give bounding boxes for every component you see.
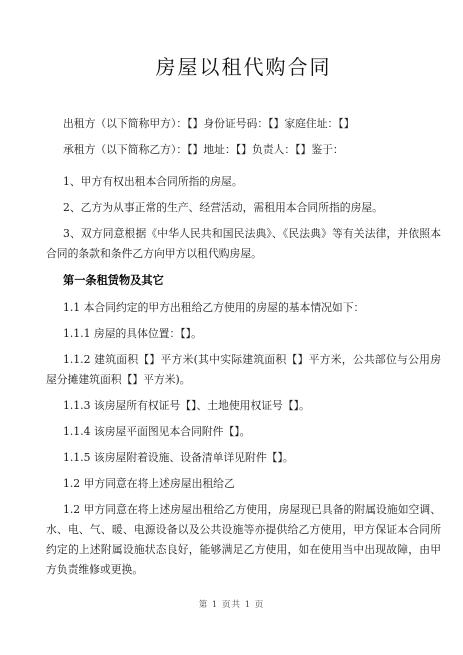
- clause-item-1-1: 1.1 本合同约定的甲方出租给乙方使用的房屋的基本情况如下：: [46, 298, 441, 318]
- clause-item-1-1-3: 1.1.3 该房屋所有权证号【】、土地使用权证号【】。: [46, 396, 441, 416]
- clause-item-1-2-stub: 1.2 甲方同意在将上述房屋出租给乙: [46, 474, 441, 494]
- recital-item-2: 2、乙方为从事正常的生产、经营活动，需租用本合同所指的房屋。: [46, 198, 441, 218]
- recital-item-3: 3、双方同意根据《中华人民共和国民法典》、《民法典》等有关法律，并依照本合同的条…: [46, 224, 441, 264]
- clause-item-1-1-4: 1.1.4 该房屋平面图见本合同附件【】。: [46, 422, 441, 442]
- party-line-lessee: 承租方（以下简称乙方）：【】地址：【】负责人：【】鉴于：: [46, 140, 441, 160]
- page-number-footer: 第 1 页共 1 页: [0, 599, 463, 611]
- contract-document-page: 房屋以租代购合同 出租方（以下简称甲方）：【】身份证号码：【】家庭住址：【】 承…: [0, 0, 463, 655]
- clause-item-1-1-5: 1.1.5 该房屋附着设施、设备清单详见附件【】。: [46, 448, 441, 468]
- document-title: 房屋以租代购合同: [46, 54, 441, 80]
- recital-item-1: 1、甲方有权出租本合同所指的房屋。: [46, 172, 441, 192]
- clause-item-1-1-2: 1.1.2 建筑面积【】平方米(其中实际建筑面积【】平方米，公共部位与公用房屋分…: [46, 350, 441, 390]
- clause-item-1-1-1: 1.1.1 房屋的具体位置：【】。: [46, 324, 441, 344]
- party-line-lessor: 出租方（以下简称甲方）：【】身份证号码：【】家庭住址：【】: [46, 114, 441, 134]
- clause-1-heading: 第一条租赁物及其它: [46, 270, 441, 290]
- clause-item-1-2: 1.2 甲方同意在将上述房屋出租给乙方使用，房屋现已具备的附属设施如空调、水、电…: [46, 500, 441, 580]
